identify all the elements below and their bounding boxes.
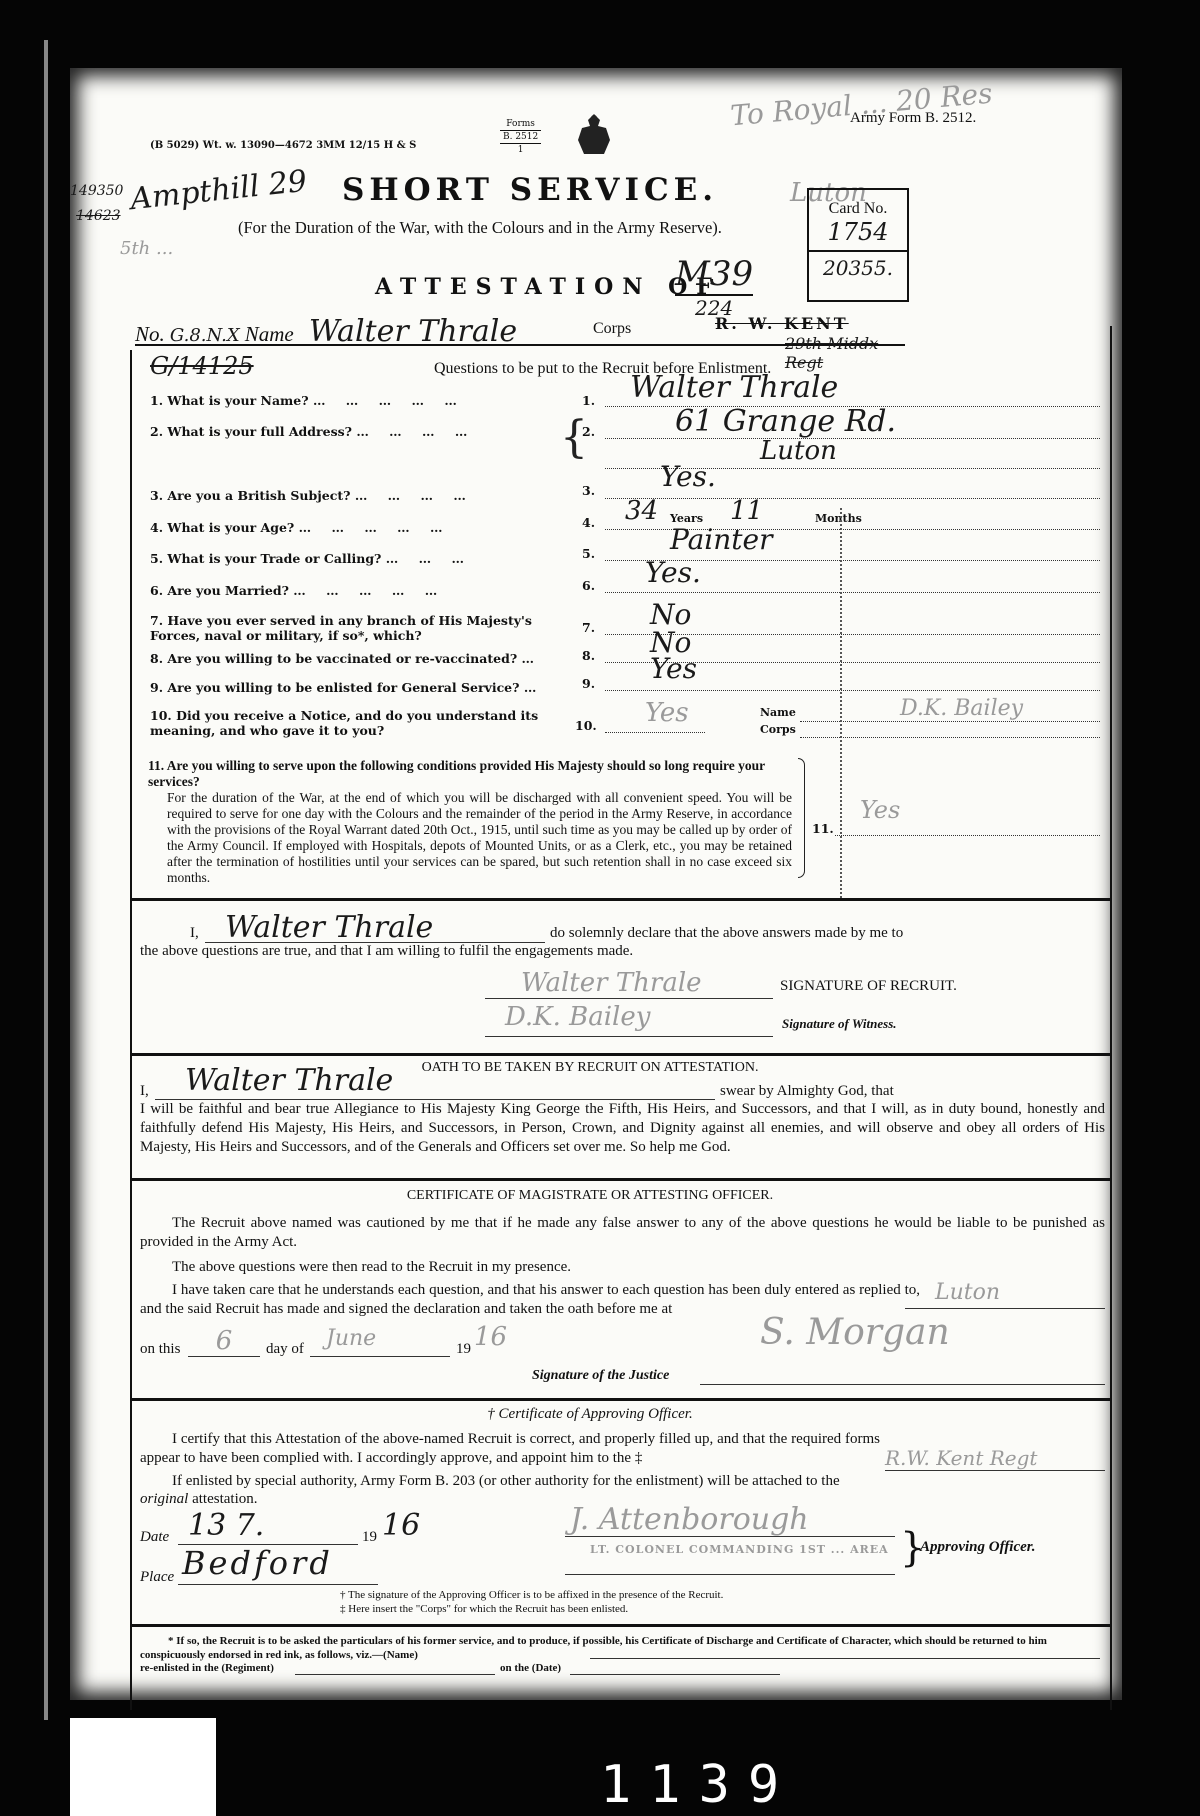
attestation-day: 6 bbox=[216, 1326, 233, 1356]
struck-regimental-number: G/14125 bbox=[150, 352, 254, 380]
justice-signature-label: Signature of the Justice bbox=[532, 1368, 669, 1384]
day-line: 6 bbox=[188, 1326, 260, 1357]
months-label: Months bbox=[815, 512, 862, 525]
witness-signature-label: Signature of Witness. bbox=[782, 1016, 897, 1032]
approving-officer-label: Approving Officer. bbox=[920, 1538, 1036, 1557]
footer-name-line bbox=[590, 1648, 1100, 1659]
answer-3: Yes. bbox=[660, 460, 716, 493]
justice-signature: S. Morgan bbox=[760, 1312, 950, 1353]
footer-date-line bbox=[570, 1662, 780, 1675]
approving-officer-line-1 bbox=[565, 1528, 895, 1537]
approving-paragraph-2: If enlisted by special authority, Army F… bbox=[172, 1472, 1107, 1491]
frame-right-border bbox=[1110, 326, 1112, 1710]
answer-9: Yes bbox=[650, 652, 697, 685]
footnote-dagger: † The signature of the Approving Officer… bbox=[340, 1588, 723, 1602]
oath-text-first: swear by Almighty God, that bbox=[720, 1082, 894, 1101]
brace-11 bbox=[798, 758, 805, 878]
question-8: 8. Are you willing to be vaccinated or r… bbox=[150, 651, 534, 666]
recruit-signature-label: SIGNATURE OF RECRUIT. bbox=[780, 978, 957, 995]
answer-7-number: 7. bbox=[582, 620, 595, 635]
approval-year: 16 bbox=[382, 1508, 420, 1543]
answer-1-number: 1. bbox=[582, 393, 595, 408]
answer-10-line bbox=[605, 728, 705, 733]
justice-signature-line bbox=[700, 1368, 1105, 1385]
question-6: 6. Are you Married? … … … … … bbox=[150, 583, 445, 598]
handwritten-place-note: Ampthill 29 bbox=[129, 164, 309, 217]
answer-6: Yes. bbox=[645, 556, 701, 589]
declaration-prefix: I, bbox=[190, 924, 199, 943]
notice-corps-line bbox=[800, 734, 1100, 738]
service-conditions: For the duration of the War, at the end … bbox=[167, 790, 792, 886]
approving-officer-line-2 bbox=[565, 1566, 895, 1575]
question-3: 3. Are you a British Subject? … … … … bbox=[150, 488, 474, 503]
attestation-number: M39 bbox=[675, 254, 753, 296]
question-9: 9. Are you willing to be enlisted for Ge… bbox=[150, 680, 536, 695]
form-subtitle: (For the Duration of the War, with the C… bbox=[238, 218, 722, 238]
appointed-corps-line: R.W. Kent Regt bbox=[885, 1446, 1105, 1471]
place-label: Place bbox=[140, 1568, 174, 1587]
answer-11-line bbox=[835, 832, 1100, 836]
identity-row: No. G.8.N.X Name Walter Thrale Corps R. … bbox=[135, 314, 905, 346]
handwritten-faint-note: 5th ... bbox=[120, 238, 173, 259]
answer-8-number: 8. bbox=[582, 648, 595, 663]
notice-corps-label: Corps bbox=[760, 723, 796, 736]
answer-2: 61 Grange Rd. bbox=[675, 404, 896, 439]
answer-4-months: 11 bbox=[730, 496, 763, 526]
royal-coat-of-arms-icon bbox=[570, 110, 618, 158]
notice-given-by: D.K. Bailey bbox=[900, 696, 1023, 721]
appointed-corps: R.W. Kent Regt bbox=[885, 1446, 1037, 1470]
attestation-place: Luton bbox=[905, 1280, 1000, 1305]
footer-date-label: on the (Date) bbox=[500, 1662, 561, 1674]
approving-paragraph-1: I certify that this Attestation of the a… bbox=[140, 1430, 880, 1468]
corps-value: R. W. KENT bbox=[715, 314, 849, 333]
divider-magistrate bbox=[130, 1178, 1112, 1181]
card-number-box: Card No. 1754 20355. bbox=[807, 188, 909, 302]
form-title: SHORT SERVICE. bbox=[342, 172, 718, 208]
day-of-label: day of bbox=[266, 1340, 304, 1359]
card-number-1: 1754 bbox=[809, 218, 907, 252]
magistrate-paragraph-2: The above questions were then read to th… bbox=[172, 1258, 571, 1277]
answer-9-number: 9. bbox=[582, 676, 595, 691]
forms-sub: 1 bbox=[500, 144, 541, 156]
answer-10-number: 10. bbox=[575, 718, 597, 733]
year-prefix: 19 bbox=[456, 1340, 471, 1359]
divider-declaration bbox=[130, 898, 1112, 901]
answer-5: Painter bbox=[670, 523, 772, 556]
approval-date: 13 7. bbox=[178, 1508, 264, 1543]
corps-label: Corps bbox=[593, 320, 631, 338]
oath-prefix: I, bbox=[140, 1082, 149, 1101]
approving-footnotes: † The signature of the Approving Officer… bbox=[340, 1588, 723, 1616]
column-rule bbox=[840, 508, 842, 898]
date-label: Date bbox=[140, 1528, 169, 1547]
divider-footer bbox=[130, 1624, 1112, 1627]
handwritten-struck-number: 14623 bbox=[76, 208, 121, 224]
card-number-2: 20355. bbox=[809, 256, 907, 280]
declaration-name-line: Walter Thrale bbox=[205, 910, 545, 943]
question-10: 10. Did you receive a Notice, and do you… bbox=[150, 708, 550, 738]
name-label: Name bbox=[245, 322, 294, 346]
magistrate-paragraph-1: The Recruit above named was cautioned by… bbox=[140, 1214, 1105, 1252]
month-line: June bbox=[310, 1326, 450, 1357]
notice-name-label: Name bbox=[760, 706, 796, 719]
question-4: 4. What is your Age? … … … … … bbox=[150, 520, 451, 535]
approval-place-line: Bedford bbox=[178, 1544, 378, 1585]
film-edge bbox=[44, 40, 48, 1720]
answer-1: Walter Thrale bbox=[630, 370, 838, 405]
witness-signature-line: D.K. Bailey bbox=[485, 1002, 773, 1037]
answer-9-line bbox=[605, 686, 1100, 691]
answer-5-number: 5. bbox=[582, 546, 595, 561]
question-2: 2. What is your full Address? … … … … bbox=[150, 424, 475, 439]
frame-left-border bbox=[130, 350, 132, 1710]
footnote-double-dagger: ‡ Here insert the "Corps" for which the … bbox=[340, 1602, 723, 1616]
declaration-text-2: the above questions are true, and that I… bbox=[140, 942, 633, 961]
recruit-signature: Walter Thrale bbox=[485, 968, 702, 998]
forms-reference: Forms B. 2512 1 bbox=[500, 118, 541, 156]
card-label: Card No. bbox=[809, 200, 907, 218]
declaration-name: Walter Thrale bbox=[205, 910, 433, 945]
recruit-name: Walter Thrale bbox=[309, 314, 517, 349]
attestation-month: June bbox=[310, 1326, 376, 1351]
answer-11-number: 11. bbox=[812, 821, 834, 836]
divider-approving bbox=[130, 1398, 1112, 1401]
approval-place: Bedford bbox=[178, 1544, 333, 1582]
attestation-year: 16 bbox=[474, 1322, 507, 1352]
answer-2-town: Luton bbox=[760, 436, 837, 466]
oath-text: I will be faithful and bear true Allegia… bbox=[140, 1100, 1105, 1157]
divider-oath bbox=[130, 1053, 1112, 1056]
corps-struck-value: 29th Middx Regt bbox=[785, 334, 905, 372]
forms-label: Forms bbox=[500, 118, 541, 130]
answer-10: Yes bbox=[645, 698, 689, 728]
answer-3-number: 3. bbox=[582, 483, 595, 498]
oath-name: Walter Thrale bbox=[155, 1063, 393, 1098]
question-7: 7. Have you ever served in any branch of… bbox=[150, 613, 550, 643]
attestation-heading: ATTESTATION OF bbox=[375, 274, 721, 300]
attestation-place-line: Luton bbox=[905, 1280, 1105, 1309]
footer-regiment-label: re-enlisted in the (Regiment) bbox=[140, 1662, 274, 1674]
question-11: 11. Are you willing to serve upon the fo… bbox=[148, 758, 788, 790]
forms-number: B. 2512 bbox=[500, 130, 541, 144]
recruit-signature-line: Walter Thrale bbox=[485, 968, 773, 999]
answer-11: Yes bbox=[860, 796, 900, 824]
frame-counter: 1139 bbox=[600, 1755, 797, 1815]
handwritten-ref-number: 149350 bbox=[70, 183, 123, 199]
witness-signature: D.K. Bailey bbox=[485, 1002, 650, 1032]
question-5: 5. What is your Trade or Calling? … … … bbox=[150, 551, 472, 566]
answer-3-line bbox=[605, 494, 1100, 499]
oath-name-line: Walter Thrale bbox=[155, 1063, 715, 1100]
answer-4-years: 34 bbox=[625, 496, 658, 526]
attestation-form: (B 5029) Wt. w. 13090—4672 3MM 12/15 H &… bbox=[70, 68, 1122, 1700]
declaration-text-1: do solemnly declare that the above answe… bbox=[550, 924, 903, 943]
approving-heading: † Certificate of Approving Officer. bbox=[70, 1406, 1110, 1423]
magistrate-heading: CERTIFICATE OF MAGISTRATE OR ATTESTING O… bbox=[70, 1188, 1110, 1204]
answer-4-number: 4. bbox=[582, 515, 595, 530]
question-1: 1. What is your Name? … … … … … bbox=[150, 393, 520, 408]
approving-paragraph-2-end: original attestation. bbox=[140, 1490, 258, 1509]
film-marker-patch bbox=[70, 1718, 216, 1816]
answer-2-number: 2. bbox=[582, 424, 595, 439]
approval-date-line: 13 7. bbox=[178, 1508, 358, 1545]
print-code: (B 5029) Wt. w. 13090—4672 3MM 12/15 H &… bbox=[150, 140, 416, 151]
regimental-number: G.8.N.X bbox=[170, 325, 240, 346]
officer-stamp: LT. COLONEL COMMANDING 1ST ... AREA bbox=[590, 1543, 889, 1556]
footer-regiment-line bbox=[295, 1662, 495, 1675]
answer-6-number: 6. bbox=[582, 578, 595, 593]
on-this-label: on this bbox=[140, 1340, 180, 1359]
no-label: No. bbox=[135, 322, 165, 346]
